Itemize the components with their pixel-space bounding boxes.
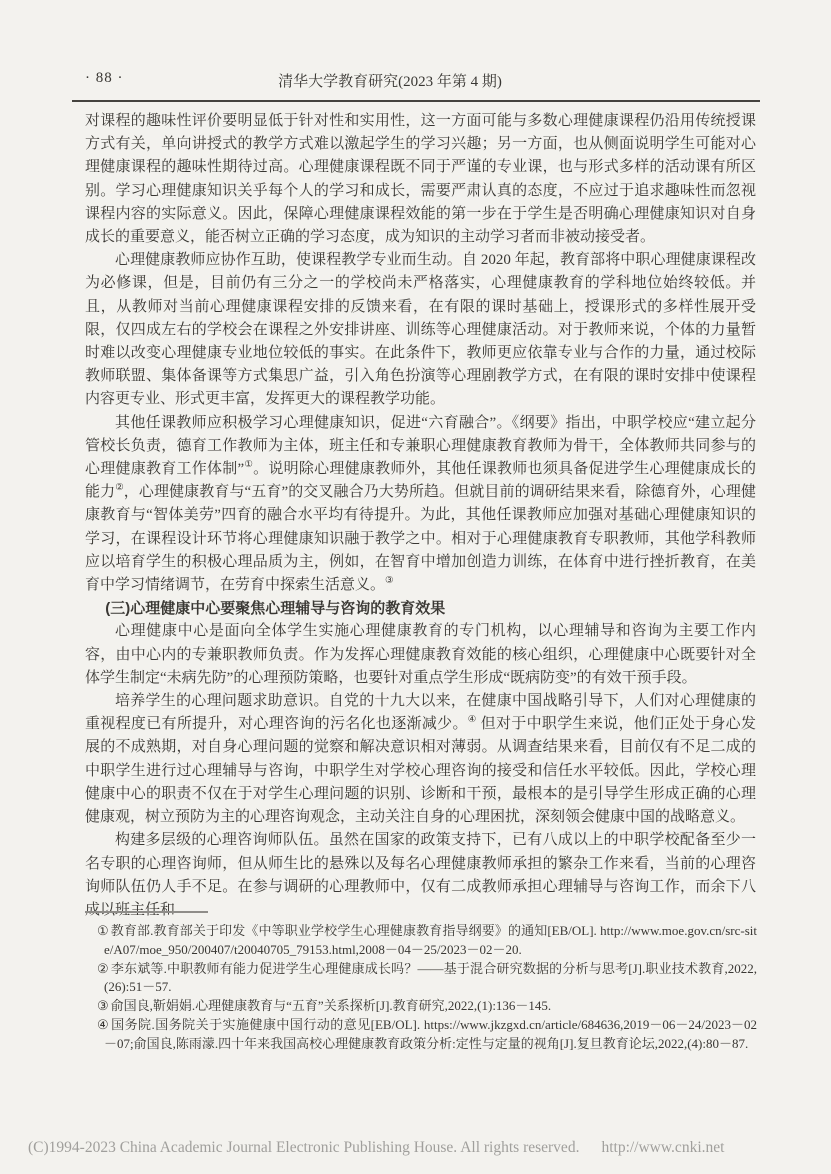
footnote-item: ③俞国良,靳娟娟.心理健康教育与“五育”关系探析[J].教育研究,2022,(1… (97, 997, 757, 1016)
footnote-item: ②李东斌等.中职教师有能力促进学生心理健康成长吗？——基于混合研究数据的分析与思… (97, 960, 757, 998)
article-body: 对课程的趣味性评价要明显低于针对性和实用性，这一方面可能与多数心理健康课程仍沿用… (85, 110, 756, 922)
paragraph: 其他任课教师应积极学习心理健康知识，促进“六育融合”。《纲要》指出，中职学校应“… (85, 412, 756, 598)
footnote-separator (85, 911, 208, 913)
footnotes: ①教育部.教育部关于印发《中等职业学校学生心理健康教育指导纲要》的通知[EB/O… (97, 922, 757, 1054)
paragraph: 构建多层级的心理咨询师队伍。虽然在国家的政策支持下，已有八成以上的中职学校配备至… (85, 829, 756, 922)
header-rule (72, 100, 760, 102)
copyright-text: (C)1994-2023 China Academic Journal Elec… (28, 1139, 579, 1156)
paragraph: 心理健康中心是面向全体学生实施心理健康教育的专门机构，以心理辅导和咨询为主要工作… (85, 620, 756, 690)
footnote-marker: ② (97, 961, 109, 976)
page-header: 清华大学教育研究(2023 年第 4 期) (50, 70, 730, 91)
page-footer: (C)1994-2023 China Academic Journal Elec… (28, 1139, 724, 1157)
footnote-text: 俞国良,靳娟娟.心理健康教育与“五育”关系探析[J].教育研究,2022,(1)… (111, 998, 552, 1013)
paragraph: 心理健康教师应协作互助，使课程教学专业而生动。自 2020 年起，教育部将中职心… (85, 249, 756, 411)
paragraph-continuation: 对课程的趣味性评价要明显低于针对性和实用性，这一方面可能与多数心理健康课程仍沿用… (85, 110, 756, 249)
section-heading: (三)心理健康中心要聚焦心理辅导与咨询的教育效果 (85, 597, 756, 620)
footnote-item: ①教育部.教育部关于印发《中等职业学校学生心理健康教育指导纲要》的通知[EB/O… (97, 922, 757, 960)
cnki-url: http://www.cnki.net (601, 1139, 724, 1156)
footnote-text: 国务院.国务院关于实施健康中国行动的意见[EB/OL]. https://www… (104, 1017, 757, 1051)
footnote-item: ④国务院.国务院关于实施健康中国行动的意见[EB/OL]. https://ww… (97, 1016, 757, 1054)
footnote-marker: ④ (97, 1017, 109, 1032)
footnote-text: 教育部.教育部关于印发《中等职业学校学生心理健康教育指导纲要》的通知[EB/OL… (104, 923, 757, 957)
footnote-marker: ① (97, 923, 109, 938)
footnote-marker: ③ (97, 998, 109, 1013)
journal-page: · 88 · 清华大学教育研究(2023 年第 4 期) 对课程的趣味性评价要明… (0, 0, 831, 1174)
footnote-text: 李东斌等.中职教师有能力促进学生心理健康成长吗？——基于混合研究数据的分析与思考… (104, 961, 757, 995)
journal-title: 清华大学教育研究(2023 年第 4 期) (278, 74, 502, 90)
paragraph: 培养学生的心理问题求助意识。自党的十九大以来，在健康中国战略引导下，人们对心理健… (85, 690, 756, 829)
